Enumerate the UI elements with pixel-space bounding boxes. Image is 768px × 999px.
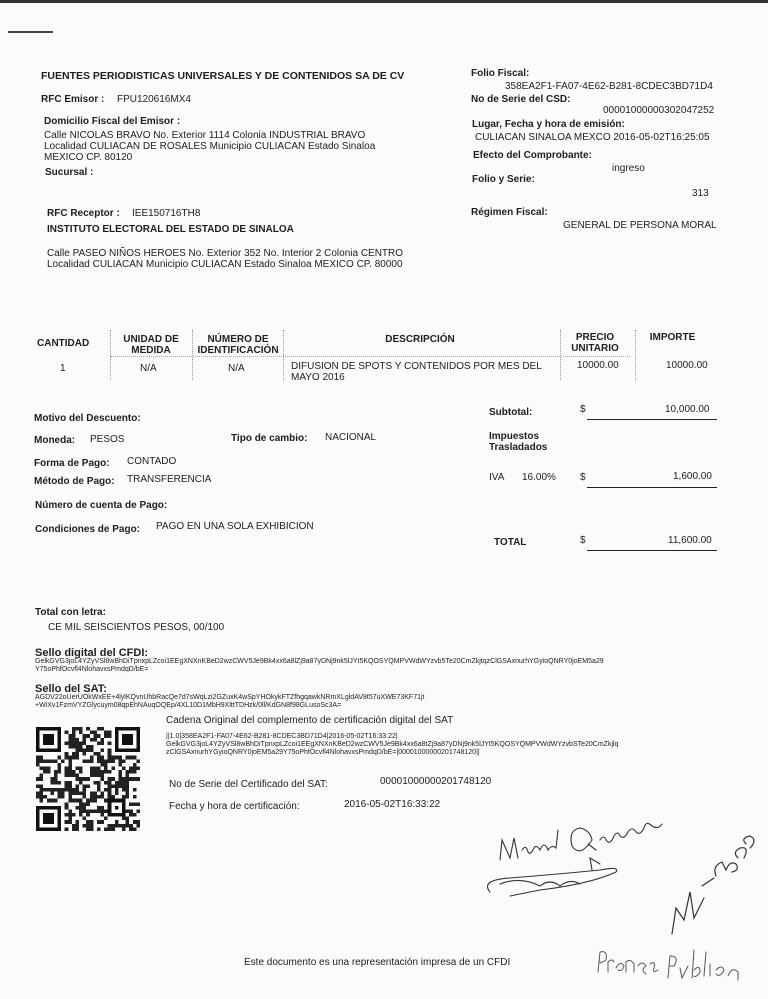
- iva-label: IVA: [489, 472, 504, 483]
- receptor-rfc: IEE150716TH8: [132, 208, 200, 219]
- lugar-fecha: CULIACAN SINALOA MEXCO 2016-05-02T16:25:…: [475, 132, 710, 143]
- sucursal-label: Sucursal :: [45, 167, 93, 178]
- row-importe: 10000.00: [666, 360, 708, 371]
- serie-csd: 00001000000302047252: [603, 105, 714, 116]
- qr-code: [34, 727, 142, 831]
- header-numero: NÚMERO DE IDENTIFICACIÓN: [193, 334, 283, 356]
- tipo-cambio-label: Tipo de cambio:: [231, 433, 308, 444]
- row-cantidad: 1: [60, 363, 66, 374]
- emisor-rfc-label: RFC Emisor :: [41, 94, 104, 105]
- total-currency: $: [580, 535, 586, 546]
- emisor-name: FUENTES PERIODISTICAS UNIVERSALES Y DE C…: [41, 70, 404, 82]
- handwritten-signature: [440, 800, 768, 999]
- folio-serie: 313: [692, 188, 709, 199]
- header-importe: IMPORTE: [640, 332, 705, 343]
- moneda-label: Moneda:: [34, 435, 75, 446]
- forma-pago: CONTADO: [127, 456, 176, 467]
- subtotal-currency: $: [580, 404, 586, 415]
- receptor-address: Calle PASEO NIÑOS HEROES No. Exterior 35…: [47, 248, 403, 270]
- fecha-certificacion: 2016-05-02T16:33:22: [344, 799, 440, 810]
- row-numero: N/A: [228, 363, 245, 374]
- lugar-label: Lugar, Fecha y hora de emisión:: [472, 119, 625, 130]
- iva-value: 1,600.00: [673, 471, 712, 482]
- header-precio: PRECIO UNITARIO: [565, 332, 625, 354]
- row-descripcion: DIFUSION DE SPOTS Y CONTENIDOS POR MES D…: [291, 361, 542, 383]
- tipo-cambio: NACIONAL: [325, 432, 376, 443]
- header-cantidad: CANTIDAD: [37, 338, 89, 349]
- total-letra-value: CE MIL SEISCIENTOS PESOS, 00/100: [48, 622, 224, 633]
- condiciones: PAGO EN UNA SOLA EXHIBICION: [156, 521, 314, 532]
- scan-edge: [0, 0, 768, 3]
- metodo-pago-label: Método de Pago:: [34, 476, 115, 487]
- header-unidad: UNIDAD DE MEDIDA: [115, 334, 187, 356]
- footer-note: Este documento es una representación imp…: [244, 957, 510, 968]
- sello-sat: AGDV22oUerUOkWxEE+4lylKQvnUhbRacQe7d7sWq…: [35, 694, 425, 710]
- efecto-label: Efecto del Comprobante:: [473, 150, 592, 161]
- serie-certificado-label: No de Serie del Certificado del SAT:: [169, 779, 328, 790]
- folio-fiscal-label: Folio Fiscal:: [471, 68, 529, 79]
- scan-mark: [8, 31, 53, 33]
- forma-pago-label: Forma de Pago:: [34, 458, 110, 469]
- efecto-value: ingreso: [612, 163, 645, 174]
- total-letra-label: Total con letra:: [35, 607, 106, 618]
- serie-certificado: 00001000000201748120: [380, 776, 491, 787]
- cuenta-pago-label: Número de cuenta de Pago:: [35, 500, 167, 511]
- domicilio-label: Domicilio Fiscal del Emisor :: [44, 116, 180, 127]
- iva-rate: 16.00%: [522, 472, 556, 483]
- regimen: GENERAL DE PERSONA MORAL: [563, 220, 717, 231]
- fecha-certificacion-label: Fecha y hora de certificación:: [169, 801, 300, 812]
- cadena-label: Cadena Original del complemento de certi…: [166, 715, 453, 726]
- regimen-label: Régimen Fiscal:: [471, 207, 548, 218]
- metodo-pago: TRANSFERENCIA: [127, 474, 211, 485]
- emisor-rfc: FPU120616MX4: [117, 94, 191, 105]
- condiciones-label: Condiciones de Pago:: [35, 524, 140, 535]
- subtotal-value: 10,000.00: [665, 404, 710, 415]
- serie-csd-label: No de Serie del CSD:: [471, 94, 570, 105]
- iva-currency: $: [580, 472, 586, 483]
- impuestos-label: Impuestos Trasladados: [489, 431, 547, 453]
- motivo-descuento-label: Motivo del Descuento:: [34, 413, 141, 424]
- folio-fiscal: 358EA2F1-FA07-4E62-B281-8CDEC3BD71D4: [505, 81, 713, 92]
- header-descripcion: DESCRIPCIÓN: [290, 334, 550, 345]
- domicilio-address: Calle NICOLAS BRAVO No. Exterior 1114 Co…: [44, 130, 375, 163]
- row-precio: 10000.00: [577, 360, 619, 371]
- cadena-original: ||1.0|358EA2F1-FA07-4E62-B281-8CDEC3BD71…: [166, 733, 618, 757]
- total-value: 11,600.00: [668, 535, 712, 546]
- total-label: TOTAL: [494, 537, 526, 548]
- subtotal-label: Subtotal:: [489, 407, 532, 418]
- folio-serie-label: Folio y Serie:: [472, 174, 535, 185]
- receptor-rfc-label: RFC Receptor :: [47, 208, 120, 219]
- row-unidad: N/A: [140, 363, 157, 374]
- moneda: PESOS: [90, 434, 124, 445]
- sello-cfdi: GelkGVG3joL4YZyVSl8wBhDiTpnxpLZcoi1EEgXN…: [35, 658, 604, 674]
- receptor-name: INSTITUTO ELECTORAL DEL ESTADO DE SINALO…: [47, 224, 294, 235]
